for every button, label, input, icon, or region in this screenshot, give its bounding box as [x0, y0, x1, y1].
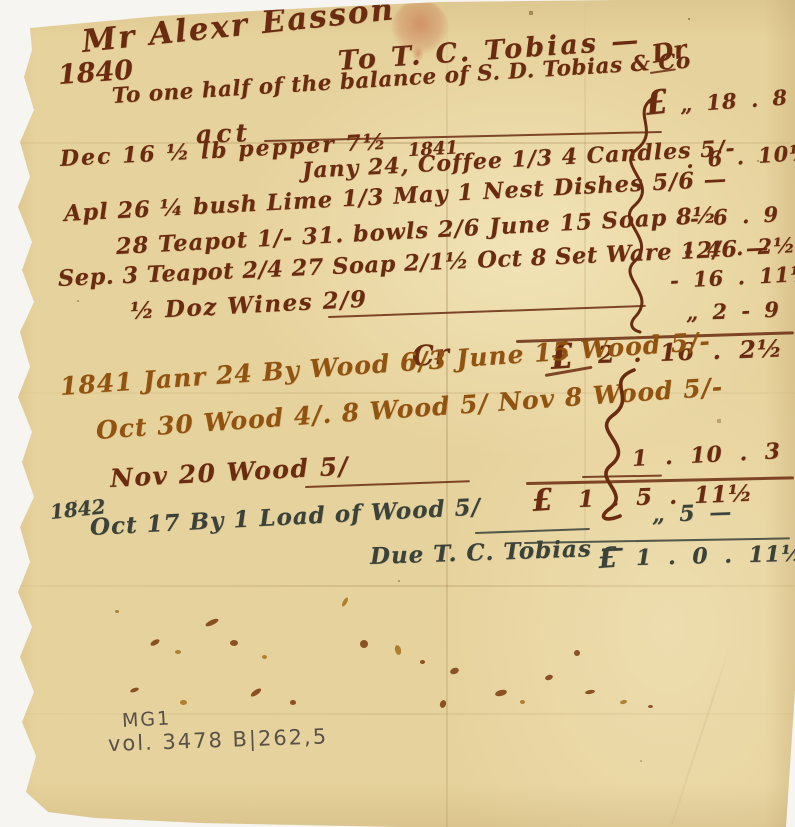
ink-splatter	[130, 687, 140, 694]
ink-splatter	[149, 638, 160, 647]
ink-splatter	[544, 674, 553, 681]
ink-splatter	[494, 689, 507, 698]
ink-splatter	[574, 650, 580, 656]
archival-reference-line1: MG1	[121, 707, 171, 732]
final-total-currency: £	[597, 541, 619, 575]
ink-splatter	[420, 660, 425, 664]
entry-1842: Oct 17 By 1 Load of Wood 5/	[89, 494, 481, 541]
ink-splatter	[205, 617, 220, 627]
balance-amount: „ 18 . 8	[679, 84, 789, 116]
ink-splatter	[180, 700, 187, 705]
ink-splatter	[449, 667, 460, 676]
ink-splatter	[341, 597, 349, 608]
ink-splatter	[394, 644, 402, 655]
ink-splatter	[520, 700, 525, 704]
ink-splatter	[250, 687, 263, 698]
ink-splatter	[585, 689, 596, 695]
ink-splatter	[262, 655, 267, 659]
ink-rule	[475, 528, 590, 534]
due-line: Due T. C. Tobias —	[370, 534, 626, 570]
manuscript-paper: Mr Alexr Easson 1840 To T. C. Tobias — D…	[0, 0, 795, 827]
ink-splatter	[620, 699, 628, 705]
fold-crease	[671, 644, 732, 825]
fold-crease	[10, 585, 795, 587]
debit-amount: - 16 . 11½	[669, 261, 795, 293]
fold-crease	[0, 713, 795, 715]
ink-splatter	[290, 700, 296, 705]
paper-speckles	[0, 0, 2, 2]
ink-splatter	[648, 705, 653, 708]
ink-rule	[328, 305, 646, 318]
ink-splatter	[115, 610, 119, 613]
credit-total-currency: £	[531, 483, 554, 519]
credit-amount: 1 . 10 . 3	[631, 438, 781, 472]
ink-splatter	[175, 650, 181, 654]
final-total: 1 . 0 . 11½	[636, 541, 795, 571]
amount-1842: „ 5 —	[652, 499, 733, 528]
debit-row: ½ Doz Wines 2/9	[129, 286, 368, 325]
debit-amount: „ 2 - 9	[686, 297, 781, 325]
scanned-document-scene: Mr Alexr Easson 1840 To T. C. Tobias — D…	[0, 0, 795, 827]
ink-splatter	[230, 640, 238, 646]
ink-splatter	[360, 640, 368, 648]
